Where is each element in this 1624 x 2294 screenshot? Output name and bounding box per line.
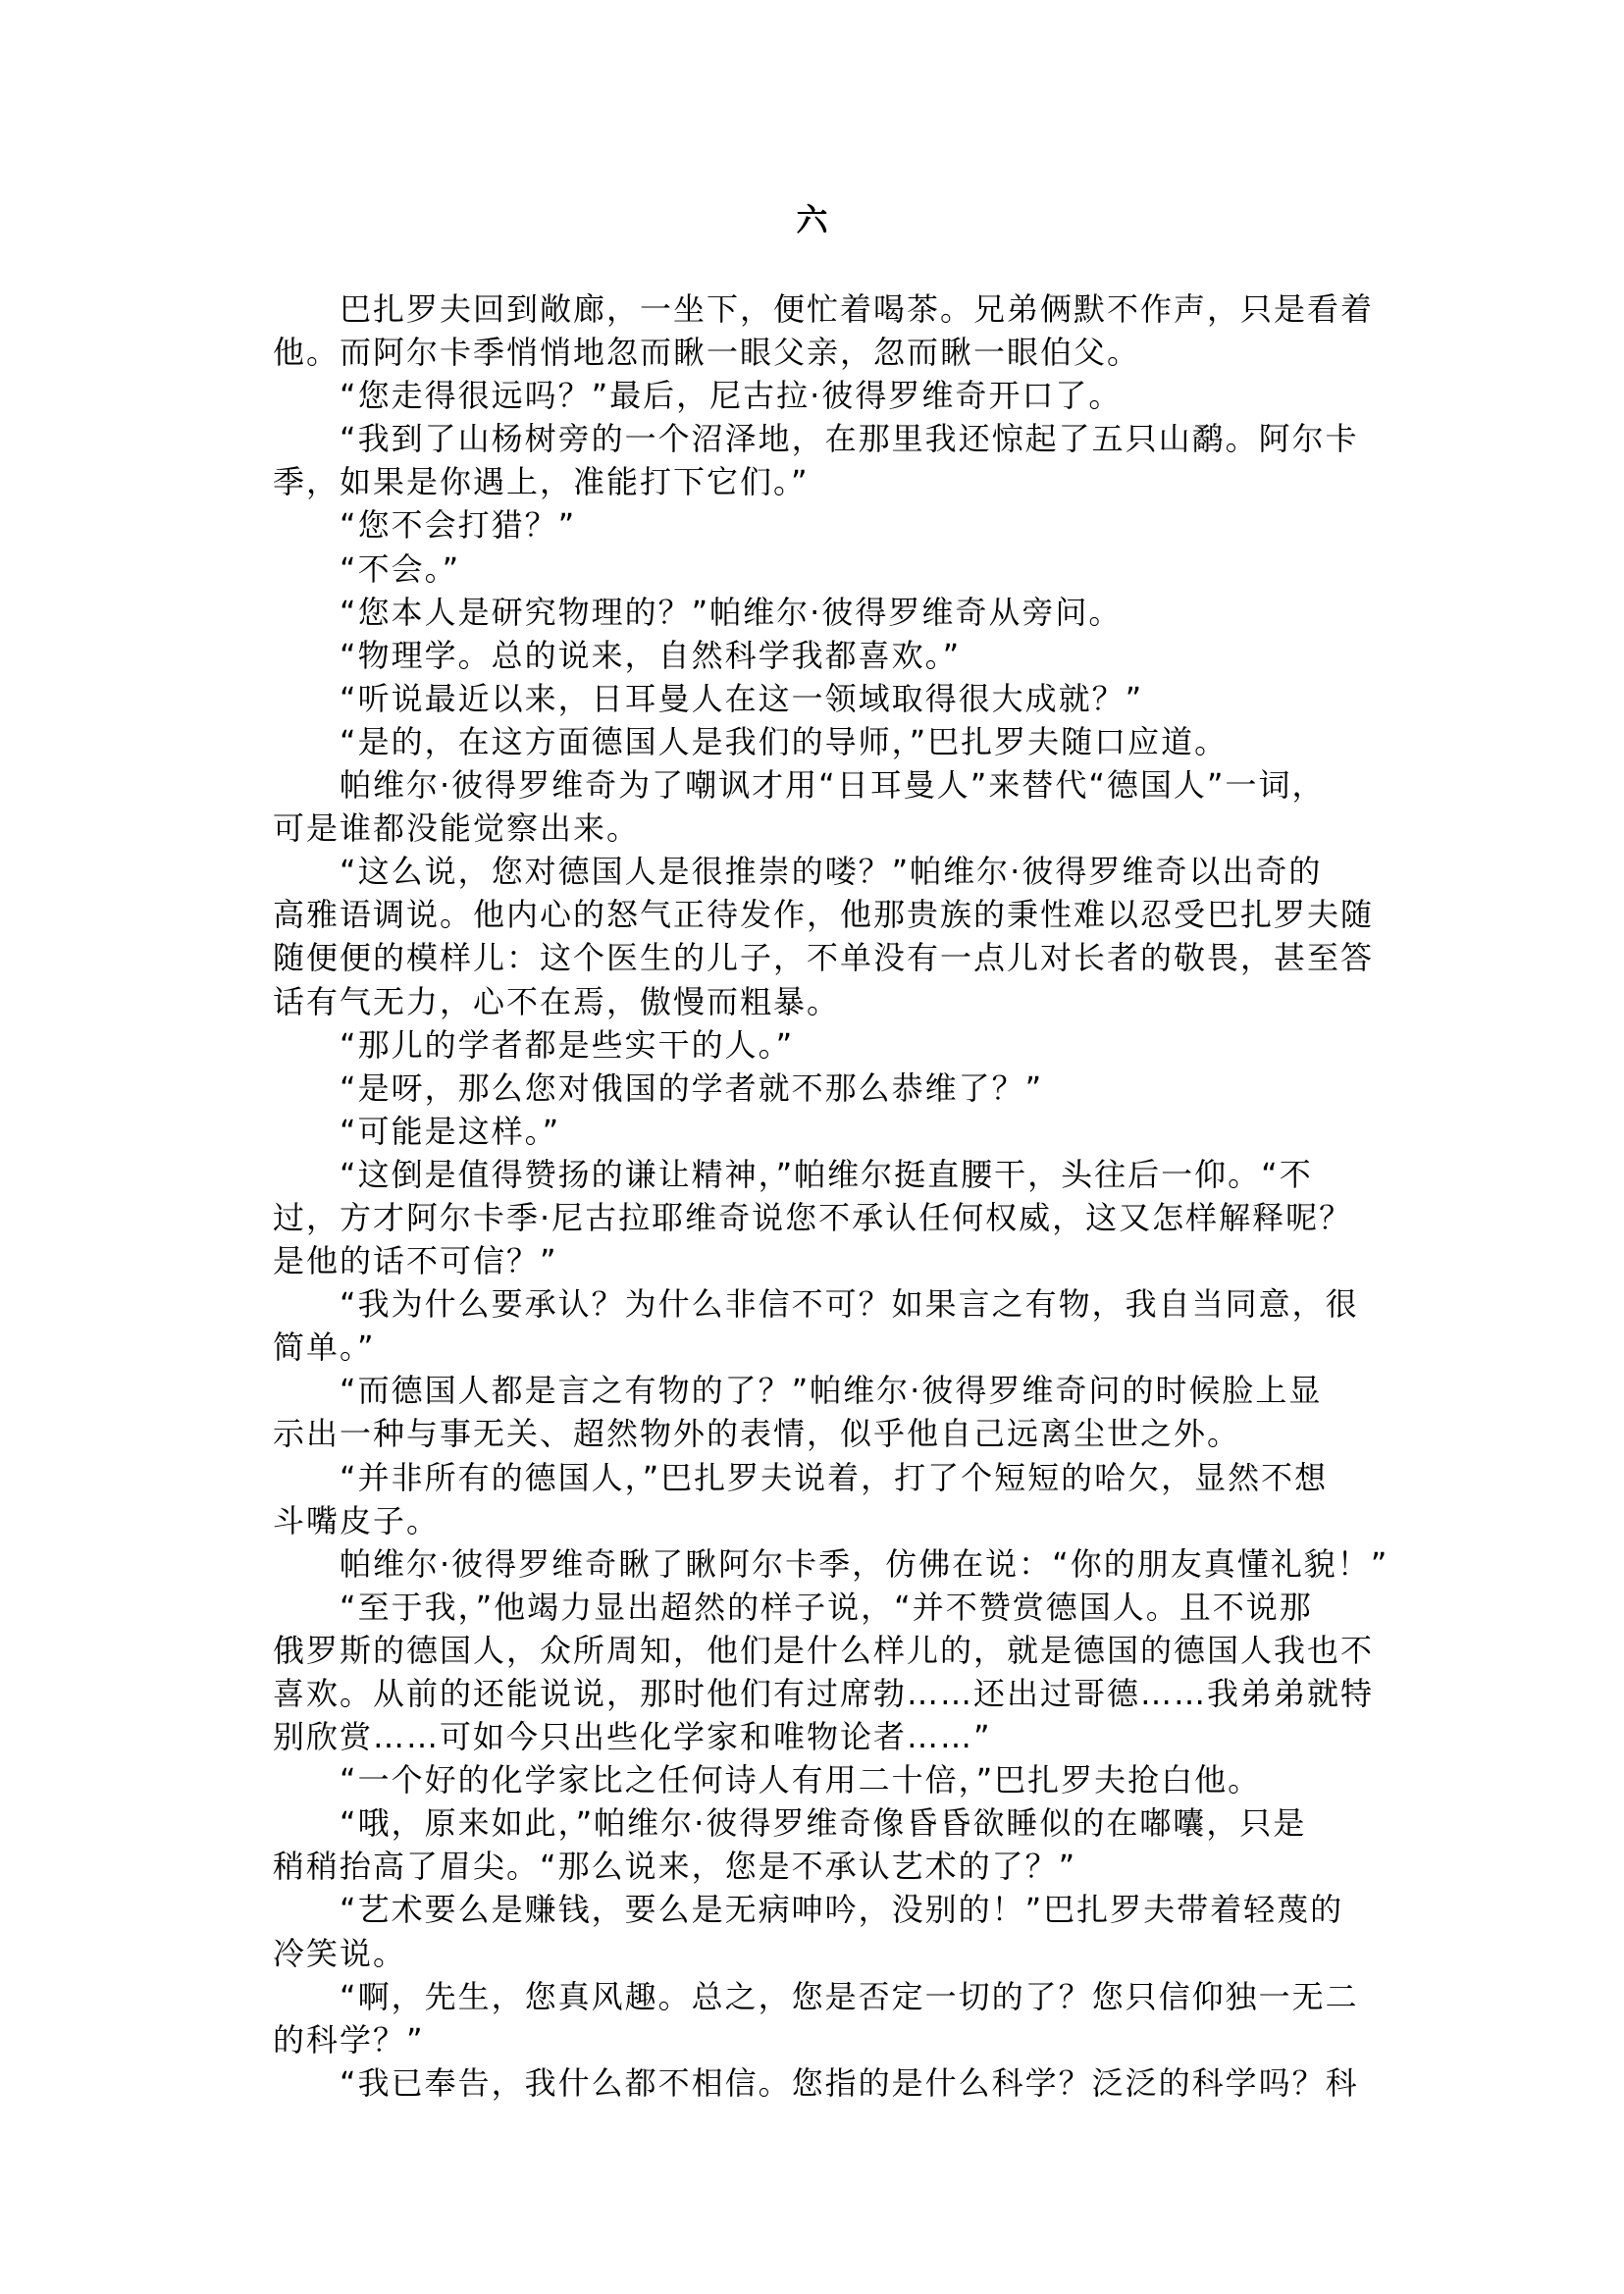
text-line: “啊，先生，您真风趣。总之，您是否定一切的了？您只信仰独一无二 bbox=[273, 1975, 1352, 2018]
text-line: 稍稍抬高了眉尖。“那么说来，您是不承认艺术的了？” bbox=[273, 1845, 1352, 1888]
text-line: “您走得很远吗？”最后，尼古拉·彼得罗维奇开口了。 bbox=[273, 374, 1352, 417]
text-line: “是呀，那么您对俄国的学者就不那么恭维了？” bbox=[273, 1067, 1352, 1110]
text-line: 喜欢。从前的还能说说，那时他们有过席勃……还出过哥德……我弟弟就特 bbox=[273, 1672, 1352, 1715]
text-line: 斗嘴皮子。 bbox=[273, 1499, 1352, 1542]
paragraph: “那儿的学者都是些实干的人。” bbox=[273, 1023, 1352, 1067]
text-line: “物理学。总的说来，自然科学我都喜欢。” bbox=[273, 634, 1352, 677]
text-line: “一个好的化学家比之任何诗人有用二十倍，”巴扎罗夫抢白他。 bbox=[273, 1758, 1352, 1801]
paragraph: “至于我，”他竭力显出超然的样子说，“并不赞赏德国人。且不说那俄罗斯的德国人，众… bbox=[273, 1586, 1352, 1758]
paragraph: “而德国人都是言之有物的了？”帕维尔·彼得罗维奇问的时候脸上显示出一种与事无关、… bbox=[273, 1369, 1352, 1455]
paragraph: “不会。” bbox=[273, 547, 1352, 591]
paragraph: 帕维尔·彼得罗维奇瞅了瞅阿尔卡季，仿佛在说：“你的朋友真懂礼貌！” bbox=[273, 1542, 1352, 1586]
paragraph: “并非所有的德国人，”巴扎罗夫说着，打了个短短的哈欠，显然不想斗嘴皮子。 bbox=[273, 1456, 1352, 1542]
paragraph: 帕维尔·彼得罗维奇为了嘲讽才用“日耳曼人”来替代“德国人”一词，可是谁都没能觉察… bbox=[273, 763, 1352, 850]
chapter-body: 巴扎罗夫回到敞廊，一坐下，便忙着喝茶。兄弟俩默不作声，只是看着他。而阿尔卡季悄悄… bbox=[273, 287, 1352, 2105]
text-line: 俄罗斯的德国人，众所周知，他们是什么样儿的，就是德国的德国人我也不 bbox=[273, 1629, 1352, 1672]
paragraph: “我为什么要承认？为什么非信不可？如果言之有物，我自当同意，很简单。” bbox=[273, 1282, 1352, 1369]
text-line: “您本人是研究物理的？”帕维尔·彼得罗维奇从旁问。 bbox=[273, 591, 1352, 634]
text-line: 帕维尔·彼得罗维奇为了嘲讽才用“日耳曼人”来替代“德国人”一词， bbox=[273, 763, 1352, 807]
paragraph: “艺术要么是赚钱，要么是无病呻吟，没别的！”巴扎罗夫带着轻蔑的冷笑说。 bbox=[273, 1888, 1352, 1974]
paragraph: “一个好的化学家比之任何诗人有用二十倍，”巴扎罗夫抢白他。 bbox=[273, 1758, 1352, 1801]
text-line: 高雅语调说。他内心的怒气正待发作，他那贵族的秉性难以忍受巴扎罗夫随 bbox=[273, 893, 1352, 936]
text-line: “哦，原来如此，”帕维尔·彼得罗维奇像昏昏欲睡似的在嘟囔，只是 bbox=[273, 1801, 1352, 1845]
paragraph: “您本人是研究物理的？”帕维尔·彼得罗维奇从旁问。 bbox=[273, 591, 1352, 634]
text-line: 别欣赏……可如今只出些化学家和唯物论者……” bbox=[273, 1715, 1352, 1758]
text-line: 他。而阿尔卡季悄悄地忽而瞅一眼父亲，忽而瞅一眼伯父。 bbox=[273, 331, 1352, 374]
text-line: 巴扎罗夫回到敞廊，一坐下，便忙着喝茶。兄弟俩默不作声，只是看着 bbox=[273, 287, 1352, 331]
paragraph: “我已奉告，我什么都不相信。您指的是什么科学？泛泛的科学吗？科 bbox=[273, 2061, 1352, 2105]
text-line: 是他的话不可信？” bbox=[273, 1239, 1352, 1282]
paragraph: “可能是这样。” bbox=[273, 1110, 1352, 1153]
paragraph: 巴扎罗夫回到敞廊，一坐下，便忙着喝茶。兄弟俩默不作声，只是看着他。而阿尔卡季悄悄… bbox=[273, 287, 1352, 374]
text-line: 话有气无力，心不在焉，傲慢而粗暴。 bbox=[273, 980, 1352, 1023]
text-line: “可能是这样。” bbox=[273, 1110, 1352, 1153]
paragraph: “物理学。总的说来，自然科学我都喜欢。” bbox=[273, 634, 1352, 677]
text-line: “而德国人都是言之有物的了？”帕维尔·彼得罗维奇问的时候脸上显 bbox=[273, 1369, 1352, 1412]
text-line: “不会。” bbox=[273, 547, 1352, 591]
text-line: 可是谁都没能觉察出来。 bbox=[273, 807, 1352, 850]
paragraph: “是的，在这方面德国人是我们的导师，”巴扎罗夫随口应道。 bbox=[273, 720, 1352, 763]
paragraph: “哦，原来如此，”帕维尔·彼得罗维奇像昏昏欲睡似的在嘟囔，只是稍稍抬高了眉尖。“… bbox=[273, 1801, 1352, 1888]
text-line: 季，如果是你遇上，准能打下它们。” bbox=[273, 460, 1352, 503]
text-line: “并非所有的德国人，”巴扎罗夫说着，打了个短短的哈欠，显然不想 bbox=[273, 1456, 1352, 1499]
text-line: 帕维尔·彼得罗维奇瞅了瞅阿尔卡季，仿佛在说：“你的朋友真懂礼貌！” bbox=[273, 1542, 1352, 1586]
paragraph: “这倒是值得赞扬的谦让精神，”帕维尔挺直腰干，头往后一仰。“不过，方才阿尔卡季·… bbox=[273, 1153, 1352, 1282]
text-line: “是的，在这方面德国人是我们的导师，”巴扎罗夫随口应道。 bbox=[273, 720, 1352, 763]
paragraph: “啊，先生，您真风趣。总之，您是否定一切的了？您只信仰独一无二的科学？” bbox=[273, 1975, 1352, 2061]
text-line: 的科学？” bbox=[273, 2018, 1352, 2061]
text-line: 简单。” bbox=[273, 1326, 1352, 1369]
text-line: “听说最近以来，日耳曼人在这一领域取得很大成就？” bbox=[273, 677, 1352, 720]
text-line: “艺术要么是赚钱，要么是无病呻吟，没别的！”巴扎罗夫带着轻蔑的 bbox=[273, 1888, 1352, 1931]
text-line: “至于我，”他竭力显出超然的样子说，“并不赞赏德国人。且不说那 bbox=[273, 1586, 1352, 1629]
text-line: 示出一种与事无关、超然物外的表情，似乎他自己远离尘世之外。 bbox=[273, 1412, 1352, 1455]
paragraph: “这么说，您对德国人是很推崇的喽？”帕维尔·彼得罗维奇以出奇的高雅语调说。他内心… bbox=[273, 850, 1352, 1022]
text-line: “这倒是值得赞扬的谦让精神，”帕维尔挺直腰干，头往后一仰。“不 bbox=[273, 1153, 1352, 1196]
chapter-title: 六 bbox=[0, 200, 1624, 239]
text-line: 冷笑说。 bbox=[273, 1932, 1352, 1975]
paragraph: “您不会打猎？” bbox=[273, 503, 1352, 547]
text-line: “我到了山杨树旁的一个沼泽地，在那里我还惊起了五只山鹬。阿尔卡 bbox=[273, 417, 1352, 460]
text-line: “这么说，您对德国人是很推崇的喽？”帕维尔·彼得罗维奇以出奇的 bbox=[273, 850, 1352, 893]
text-line: “我已奉告，我什么都不相信。您指的是什么科学？泛泛的科学吗？科 bbox=[273, 2061, 1352, 2105]
paragraph: “我到了山杨树旁的一个沼泽地，在那里我还惊起了五只山鹬。阿尔卡季，如果是你遇上，… bbox=[273, 417, 1352, 503]
text-line: 随便便的模样儿：这个医生的儿子，不单没有一点儿对长者的敬畏，甚至答 bbox=[273, 936, 1352, 979]
document-page: 六 巴扎罗夫回到敞廊，一坐下，便忙着喝茶。兄弟俩默不作声，只是看着他。而阿尔卡季… bbox=[0, 0, 1624, 2294]
text-line: “那儿的学者都是些实干的人。” bbox=[273, 1023, 1352, 1067]
paragraph: “听说最近以来，日耳曼人在这一领域取得很大成就？” bbox=[273, 677, 1352, 720]
paragraph: “是呀，那么您对俄国的学者就不那么恭维了？” bbox=[273, 1067, 1352, 1110]
text-line: “我为什么要承认？为什么非信不可？如果言之有物，我自当同意，很 bbox=[273, 1282, 1352, 1326]
paragraph: “您走得很远吗？”最后，尼古拉·彼得罗维奇开口了。 bbox=[273, 374, 1352, 417]
text-line: “您不会打猎？” bbox=[273, 503, 1352, 547]
text-line: 过，方才阿尔卡季·尼古拉耶维奇说您不承认任何权威，这又怎样解释呢？ bbox=[273, 1196, 1352, 1239]
